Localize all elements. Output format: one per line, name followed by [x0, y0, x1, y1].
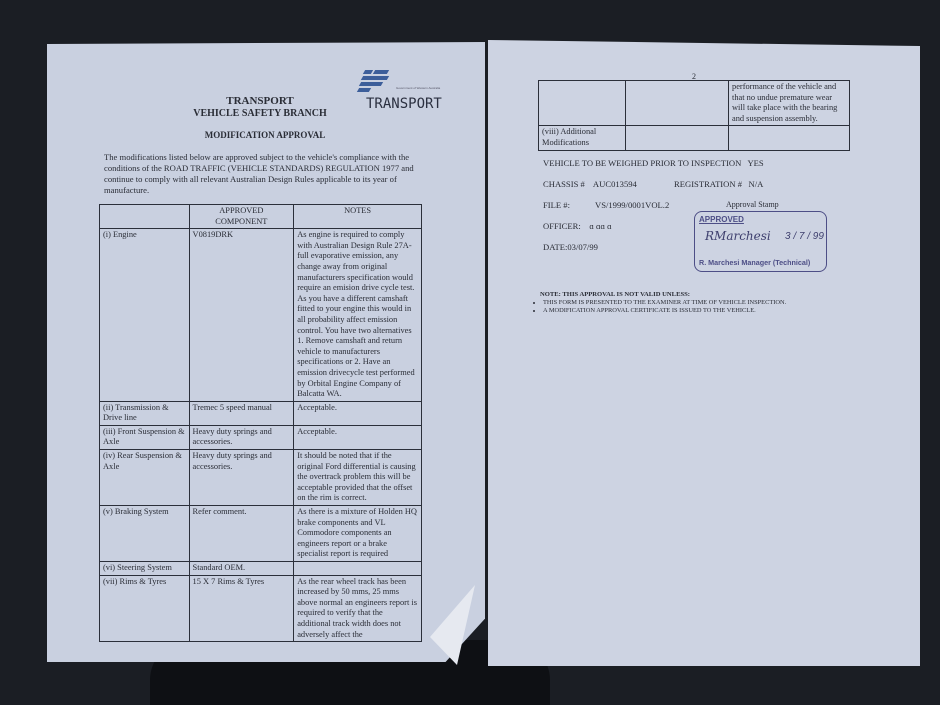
list-item: THIS FORM IS PRESENTED TO THE EXAMINER A…	[543, 299, 786, 307]
category-cell	[539, 81, 626, 126]
notes-cell: As the rear wheel track has been increas…	[294, 575, 422, 642]
table-header-row: APPROVED COMPONENT NOTES	[100, 205, 422, 229]
date-value: 03/07/99	[567, 242, 598, 252]
component-cell: V0819DRK	[189, 229, 294, 402]
validity-conditions-list: THIS FORM IS PRESENTED TO THE EXAMINER A…	[533, 299, 786, 316]
transport-logo: Government of Western Australia TRANSPOR…	[356, 70, 461, 115]
component-cell	[626, 81, 729, 126]
header-cell	[100, 205, 190, 229]
component-cell: Tremec 5 speed manual	[189, 401, 294, 425]
chassis-label: CHASSIS #	[543, 179, 585, 189]
date-label: DATE:	[543, 242, 567, 252]
category-cell: (iv) Rear Suspension & Axle	[100, 450, 190, 506]
table-row: (i) Engine V0819DRK As engine is require…	[100, 229, 422, 402]
category-cell: (vi) Steering System	[100, 562, 190, 576]
table-row: (viii) Additional Modifications	[539, 126, 850, 150]
notes-cell: As there is a mixture of Holden HQ brake…	[294, 506, 422, 562]
registration-value: N/A	[749, 179, 764, 189]
file-field: FILE #: VS/1999/0001VOL.2	[543, 200, 570, 210]
approval-stamp-label: Approval Stamp	[726, 200, 779, 209]
category-cell: (vii) Rims & Tyres	[100, 575, 190, 642]
signature-date: 3 / 7 / 99	[785, 231, 824, 242]
weighed-label: VEHICLE TO BE WEIGHED PRIOR TO INSPECTIO…	[543, 158, 741, 168]
category-cell: (i) Engine	[100, 229, 190, 402]
modifications-table: APPROVED COMPONENT NOTES (i) Engine V081…	[99, 204, 422, 642]
header-cell: APPROVED COMPONENT	[189, 205, 294, 229]
table-row: (vi) Steering System Standard OEM.	[100, 562, 422, 576]
approval-stamp: APPROVED RMarchesi 3 / 7 / 99 R. Marches…	[694, 211, 827, 272]
modifications-table-continued: performance of the vehicle and that no u…	[538, 80, 850, 151]
notes-cell: It should be noted that if the original …	[294, 450, 422, 506]
chassis-value: AUC013594	[593, 179, 637, 189]
notes-cell: Acceptable.	[294, 425, 422, 449]
file-value: VS/1999/0001VOL.2	[595, 200, 669, 210]
officer-field: OFFICER: ɑ ɑɑ ɑ	[543, 221, 612, 231]
weighed-value: YES	[747, 158, 763, 168]
officer-label: OFFICER:	[543, 221, 581, 231]
list-item: A MODIFICATION APPROVAL CERTIFICATE IS I…	[543, 307, 786, 315]
component-cell: Refer comment.	[189, 506, 294, 562]
table-row: (v) Braking System Refer comment. As the…	[100, 506, 422, 562]
category-cell: (iii) Front Suspension & Axle	[100, 425, 190, 449]
weighed-field: VEHICLE TO BE WEIGHED PRIOR TO INSPECTIO…	[543, 158, 764, 168]
notes-cell: performance of the vehicle and that no u…	[729, 81, 850, 126]
date-field: DATE:03/07/99	[543, 242, 598, 252]
notes-cell: Acceptable.	[294, 401, 422, 425]
registration-label: REGISTRATION #	[674, 179, 742, 189]
component-cell	[626, 126, 729, 150]
stamp-approved-text: APPROVED	[699, 215, 744, 224]
component-cell: Standard OEM.	[189, 562, 294, 576]
header-title: TRANSPORT	[215, 95, 305, 107]
category-cell: (ii) Transmission & Drive line	[100, 401, 190, 425]
component-cell: 15 X 7 Rims & Tyres	[189, 575, 294, 642]
header-cell: NOTES	[294, 205, 422, 229]
transport-logo-icon	[358, 70, 390, 94]
logo-small-text: Government of Western Australia	[396, 86, 440, 90]
stamp-signatory: R. Marchesi Manager (Technical)	[699, 258, 810, 267]
logo-wordmark: TRANSPORT	[366, 96, 442, 112]
table-row: (iii) Front Suspension & Axle Heavy duty…	[100, 425, 422, 449]
officer-value: ɑ ɑɑ ɑ	[589, 221, 611, 231]
intro-paragraph: The modifications listed below are appro…	[104, 152, 424, 196]
registration-field: REGISTRATION # N/A	[674, 179, 763, 189]
validity-note-title: NOTE: THIS APPROVAL IS NOT VALID UNLESS:	[540, 291, 690, 298]
category-cell: (viii) Additional Modifications	[539, 126, 626, 150]
header-subtitle: VEHICLE SAFETY BRANCH	[175, 108, 345, 119]
chassis-field: CHASSIS # AUC013594	[543, 179, 637, 189]
table-row: performance of the vehicle and that no u…	[539, 81, 850, 126]
table-row: (ii) Transmission & Drive line Tremec 5 …	[100, 401, 422, 425]
form-title: MODIFICATION APPROVAL	[195, 130, 335, 140]
file-label: FILE #:	[543, 200, 570, 210]
notes-cell	[294, 562, 422, 576]
component-cell: Heavy duty springs and accessories.	[189, 450, 294, 506]
table-row: (iv) Rear Suspension & Axle Heavy duty s…	[100, 450, 422, 506]
table-row: (vii) Rims & Tyres 15 X 7 Rims & Tyres A…	[100, 575, 422, 642]
signature: RMarchesi	[705, 229, 771, 243]
notes-cell	[729, 126, 850, 150]
component-cell: Heavy duty springs and accessories.	[189, 425, 294, 449]
category-cell: (v) Braking System	[100, 506, 190, 562]
notes-cell: As engine is required to comply with Aus…	[294, 229, 422, 402]
